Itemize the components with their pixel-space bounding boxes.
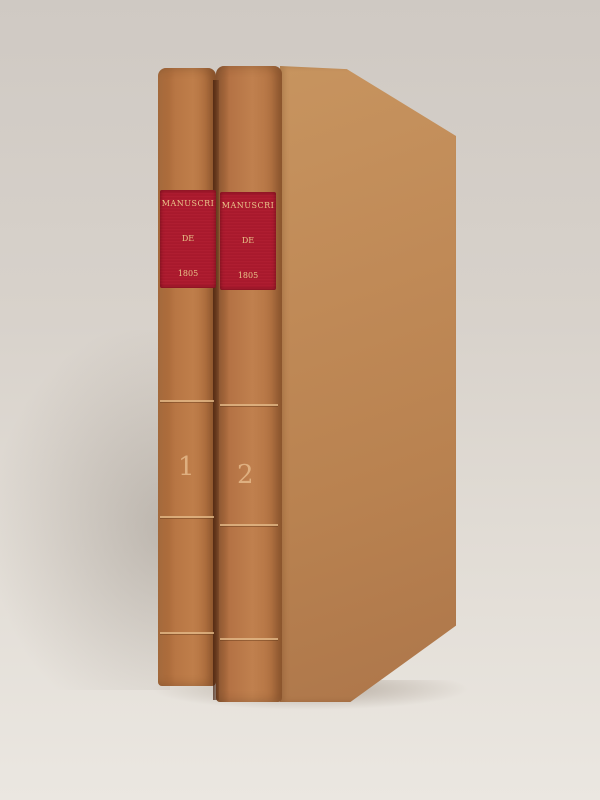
gilt-band: [160, 516, 214, 518]
label-subtitle: DE: [220, 237, 276, 245]
gilt-band: [220, 524, 278, 526]
volume-2-number: 2: [237, 460, 254, 490]
label-title: MANUSCRI: [220, 202, 276, 210]
volume-2-spine: [216, 66, 282, 702]
label-title: MANUSCRI: [160, 200, 216, 208]
gilt-band: [220, 404, 278, 406]
volume-1-spine-label: MANUSCRI DE 1805: [160, 190, 216, 288]
label-subtitle: DE: [160, 235, 216, 243]
label-year: 1805: [220, 272, 276, 280]
volume-1-spine: [158, 68, 216, 686]
background-shadow: [0, 330, 170, 690]
volume-2-spine-label: MANUSCRI DE 1805: [220, 192, 276, 290]
gilt-band: [220, 638, 278, 640]
gilt-band: [160, 632, 214, 634]
label-year: 1805: [160, 270, 216, 278]
spine-gap: [213, 80, 219, 700]
volume-2-cover: [280, 66, 456, 702]
volume-1-number: 1: [178, 452, 195, 482]
gilt-band: [160, 400, 214, 402]
